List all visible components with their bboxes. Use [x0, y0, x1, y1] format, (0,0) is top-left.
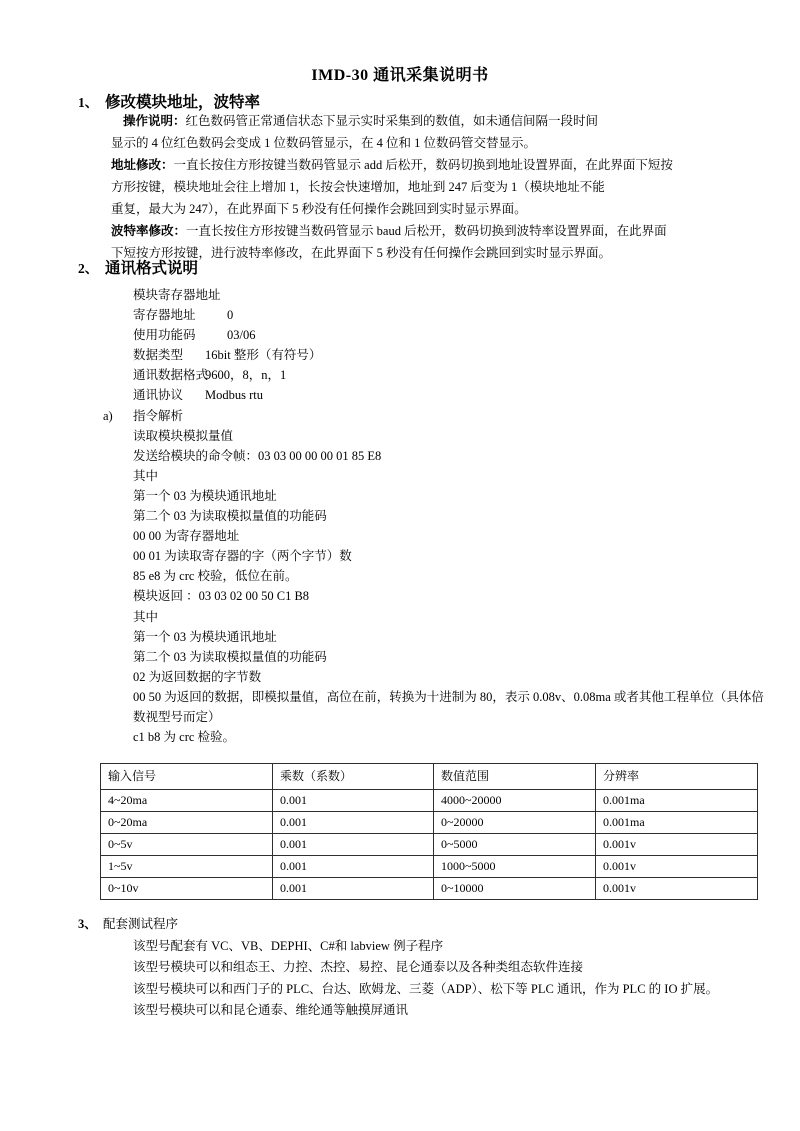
table-cell: 0.001: [273, 878, 434, 900]
spec-value: 9600，8，n，1: [205, 365, 286, 385]
section2-body: 模块寄存器地址寄存器地址0使用功能码03/06数据类型16bit 整形（有符号）…: [133, 285, 793, 747]
register-address-intro: 模块寄存器地址: [133, 285, 793, 305]
instruction-line: 发送给模块的命令帧：03 03 00 00 00 01 85 E8: [133, 446, 793, 466]
paragraph-line: 下短按方形按键，进行波特率修改，在此界面下 5 秒没有任何操作会跳回到实时显示界…: [111, 242, 791, 264]
table-cell: 0~10v: [101, 878, 273, 900]
table-header-cell: 乘数（系数）: [273, 764, 434, 790]
table-header-row: 输入信号乘数（系数）数值范围分辨率: [101, 764, 758, 790]
table-cell: 0~20000: [434, 812, 596, 834]
table-cell: 0~10000: [434, 878, 596, 900]
table-row: 4~20ma0.0014000~200000.001ma: [101, 790, 758, 812]
list-marker: a): [103, 406, 113, 426]
table-row: 1~5v0.0011000~50000.001v: [101, 856, 758, 878]
section1-body: 操作说明：红色数码管正常通信状态下显示实时采集到的数值，如未通信间隔一段时间显示…: [111, 110, 791, 264]
paragraph-line: 波特率修改：一直长按住方形按键当数码管显示 baud 后松开，数码切换到波特率设…: [111, 220, 791, 242]
paragraph-label: 波特率修改：: [111, 224, 186, 238]
paragraph-line: 显示的 4 位红色数码会变成 1 位数码管显示，在 4 位和 1 位数码管交替显…: [111, 132, 791, 154]
spec-label: 使用功能码: [133, 328, 196, 342]
table-cell: 0.001v: [596, 878, 758, 900]
table-cell: 0.001v: [596, 834, 758, 856]
table-cell: 0.001: [273, 834, 434, 856]
section1-heading: 1、修改模块地址，波特率: [78, 90, 260, 112]
table-cell: 4000~20000: [434, 790, 596, 812]
paragraph-line: 重复，最大为 247），在此界面下 5 秒没有任何操作会跳回到实时显示界面。: [111, 198, 791, 220]
section3-body: 该型号配套有 VC、VB、DEPHI、C#和 labview 例子程序该型号模块…: [133, 936, 783, 1021]
instruction-line: c1 b8 为 crc 检验。: [133, 727, 793, 747]
instruction-line: 模块返回 ：03 03 02 00 50 C1 B8: [133, 586, 793, 606]
paragraph-line: 操作说明：红色数码管正常通信状态下显示实时采集到的数值，如未通信间隔一段时间: [111, 110, 791, 132]
section2-number: 2、: [78, 257, 105, 277]
instruction-line: 00 00 为寄存器地址: [133, 526, 793, 546]
section1-number: 1、: [78, 91, 105, 111]
instruction-line: 85 e8 为 crc 校验，低位在前。: [133, 566, 793, 586]
section3-line: 该型号模块可以和西门子的 PLC、台达、欧姆龙、三菱（ADP）、松下等 PLC …: [133, 979, 783, 1000]
table-cell: 0.001: [273, 790, 434, 812]
section2-heading: 2、通讯格式说明: [78, 256, 198, 278]
instruction-line: 00 01 为读取寄存器的字（两个字节）数: [133, 546, 793, 566]
table-cell: 1~5v: [101, 856, 273, 878]
section3-heading: 3、配套测试程序: [78, 914, 178, 932]
spec-value: 03/06: [227, 325, 255, 345]
instruction-line: 读取模块模拟量值: [133, 426, 793, 446]
spec-row: 通讯数据格式9600，8，n，1: [133, 365, 793, 385]
section3-line: 该型号模块可以和组态王、力控、杰控、易控、昆仑通泰以及各种类组态软件连接: [133, 957, 783, 978]
spec-value: 16bit 整形（有符号）: [205, 345, 321, 365]
instruction-list-heading: a)指令解析: [133, 406, 793, 426]
table-cell: 0.001ma: [596, 812, 758, 834]
section2-title: 通讯格式说明: [105, 260, 198, 277]
section3-line: 该型号配套有 VC、VB、DEPHI、C#和 labview 例子程序: [133, 936, 783, 957]
table-cell: 0~20ma: [101, 812, 273, 834]
spec-row: 数据类型16bit 整形（有符号）: [133, 345, 793, 365]
spec-value: Modbus rtu: [205, 385, 263, 405]
input-signal-table: 输入信号乘数（系数）数值范围分辨率4~20ma0.0014000~200000.…: [100, 763, 758, 900]
instruction-line: 第一个 03 为模块通讯地址: [133, 627, 793, 647]
document-page: IMD-30 通讯采集说明书 1、修改模块地址，波特率 操作说明：红色数码管正常…: [0, 0, 800, 1131]
table-cell: 1000~5000: [434, 856, 596, 878]
spec-label: 寄存器地址: [133, 308, 196, 322]
instruction-line: 数视型号而定）: [133, 707, 793, 727]
paragraph-label: 地址修改：: [111, 158, 174, 172]
instruction-line: 第二个 03 为读取模拟量值的功能码: [133, 647, 793, 667]
section3-line: 该型号模块可以和昆仑通泰、维纶通等触摸屏通讯: [133, 1000, 783, 1021]
spec-label: 数据类型: [133, 348, 183, 362]
spec-row: 使用功能码03/06: [133, 325, 793, 345]
table-header-cell: 数值范围: [434, 764, 596, 790]
spec-row: 寄存器地址0: [133, 305, 793, 325]
instruction-line: 其中: [133, 607, 793, 627]
table-cell: 0~5v: [101, 834, 273, 856]
spec-value: 0: [227, 305, 233, 325]
table-cell: 0.001v: [596, 856, 758, 878]
instruction-line: 02 为返回数据的字节数: [133, 667, 793, 687]
spec-label: 通讯协议: [133, 388, 183, 402]
spec-row: 通讯协议Modbus rtu: [133, 385, 793, 405]
instruction-line: 其中: [133, 466, 793, 486]
paragraph-line: 方形按键，模块地址会往上增加 1，长按会快速增加，地址到 247 后变为 1（模…: [111, 176, 791, 198]
table-row: 0~5v0.0010~50000.001v: [101, 834, 758, 856]
table-header-cell: 分辨率: [596, 764, 758, 790]
table-cell: 0.001ma: [596, 790, 758, 812]
table-row: 0~20ma0.0010~200000.001ma: [101, 812, 758, 834]
section3-number: 3、: [78, 914, 103, 932]
paragraph-label: 操作说明：: [123, 114, 186, 128]
table-cell: 0.001: [273, 812, 434, 834]
paragraph-line: 地址修改：一直长按住方形按键当数码管显示 add 后松开，数码切换到地址设置界面…: [111, 154, 791, 176]
table-cell: 4~20ma: [101, 790, 273, 812]
instruction-line: 第一个 03 为模块通讯地址: [133, 486, 793, 506]
section3-title: 配套测试程序: [103, 917, 178, 931]
document-title: IMD-30 通讯采集说明书: [0, 62, 800, 85]
section1-title: 修改模块地址，波特率: [105, 94, 260, 111]
instruction-line: 00 50 为返回的数据，即模拟量值，高位在前，转换为十进制为 80，表示 0.…: [133, 687, 793, 707]
table-row: 0~10v0.0010~100000.001v: [101, 878, 758, 900]
spec-label: 通讯数据格式: [133, 368, 208, 382]
table-cell: 0.001: [273, 856, 434, 878]
instruction-line: 第二个 03 为读取模拟量值的功能码: [133, 506, 793, 526]
table-header-cell: 输入信号: [101, 764, 273, 790]
table-cell: 0~5000: [434, 834, 596, 856]
